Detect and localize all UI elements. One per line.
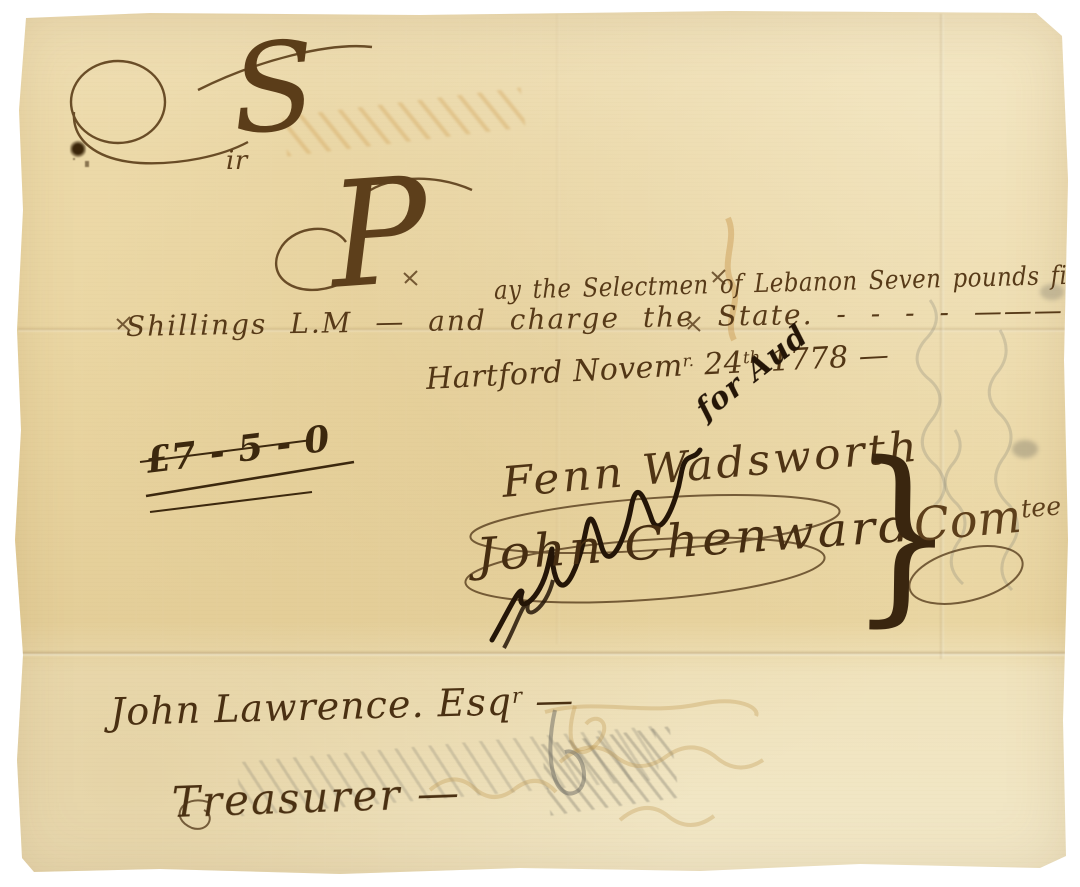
treasurer-line: Treasurer —: [171, 768, 461, 827]
diagonal-signature-scrawl-echo: [504, 580, 553, 648]
salutation-initial: S: [227, 14, 321, 162]
committee-superscript: tee: [1020, 491, 1062, 523]
gray-smudge: [1012, 440, 1038, 458]
salutation-rest: ir: [226, 146, 248, 176]
committee-label: Comtee: [912, 485, 1064, 552]
addressee-name: John Lawrence. Esq: [109, 679, 512, 734]
fold-crease-horizontal-lower: [18, 651, 1066, 656]
body-dropcap: P: [324, 145, 434, 321]
committee-base: Com: [912, 489, 1024, 552]
salutation-s-tail-flourish: [74, 112, 248, 163]
addressee-dash: —: [521, 678, 574, 723]
body-line-2-dashes: . - - - - ———: [802, 294, 1064, 332]
dateline-sup-r: r.: [682, 351, 694, 371]
addressee-line: John Lawrence. Esqr —: [109, 678, 574, 734]
body-line-2: Shillings L.M — and charge the State. - …: [126, 294, 1064, 343]
dateline-place-month: Hartford Novem: [425, 349, 684, 397]
salutation-s-loop-flourish: [71, 61, 165, 143]
paper-sheet: S ir P ay the Selectmen of Lebanon Seven…: [0, 0, 1080, 887]
dateline: Hartford Novemr.24th1778 —: [425, 338, 890, 397]
ink-blot: [70, 140, 86, 158]
scanned-document: S ir P ay the Selectmen of Lebanon Seven…: [0, 0, 1080, 887]
amount-figure: £7 - 5 - 0: [143, 418, 332, 482]
body-line-2-text: Shillings L.M — and charge the State: [126, 298, 803, 343]
